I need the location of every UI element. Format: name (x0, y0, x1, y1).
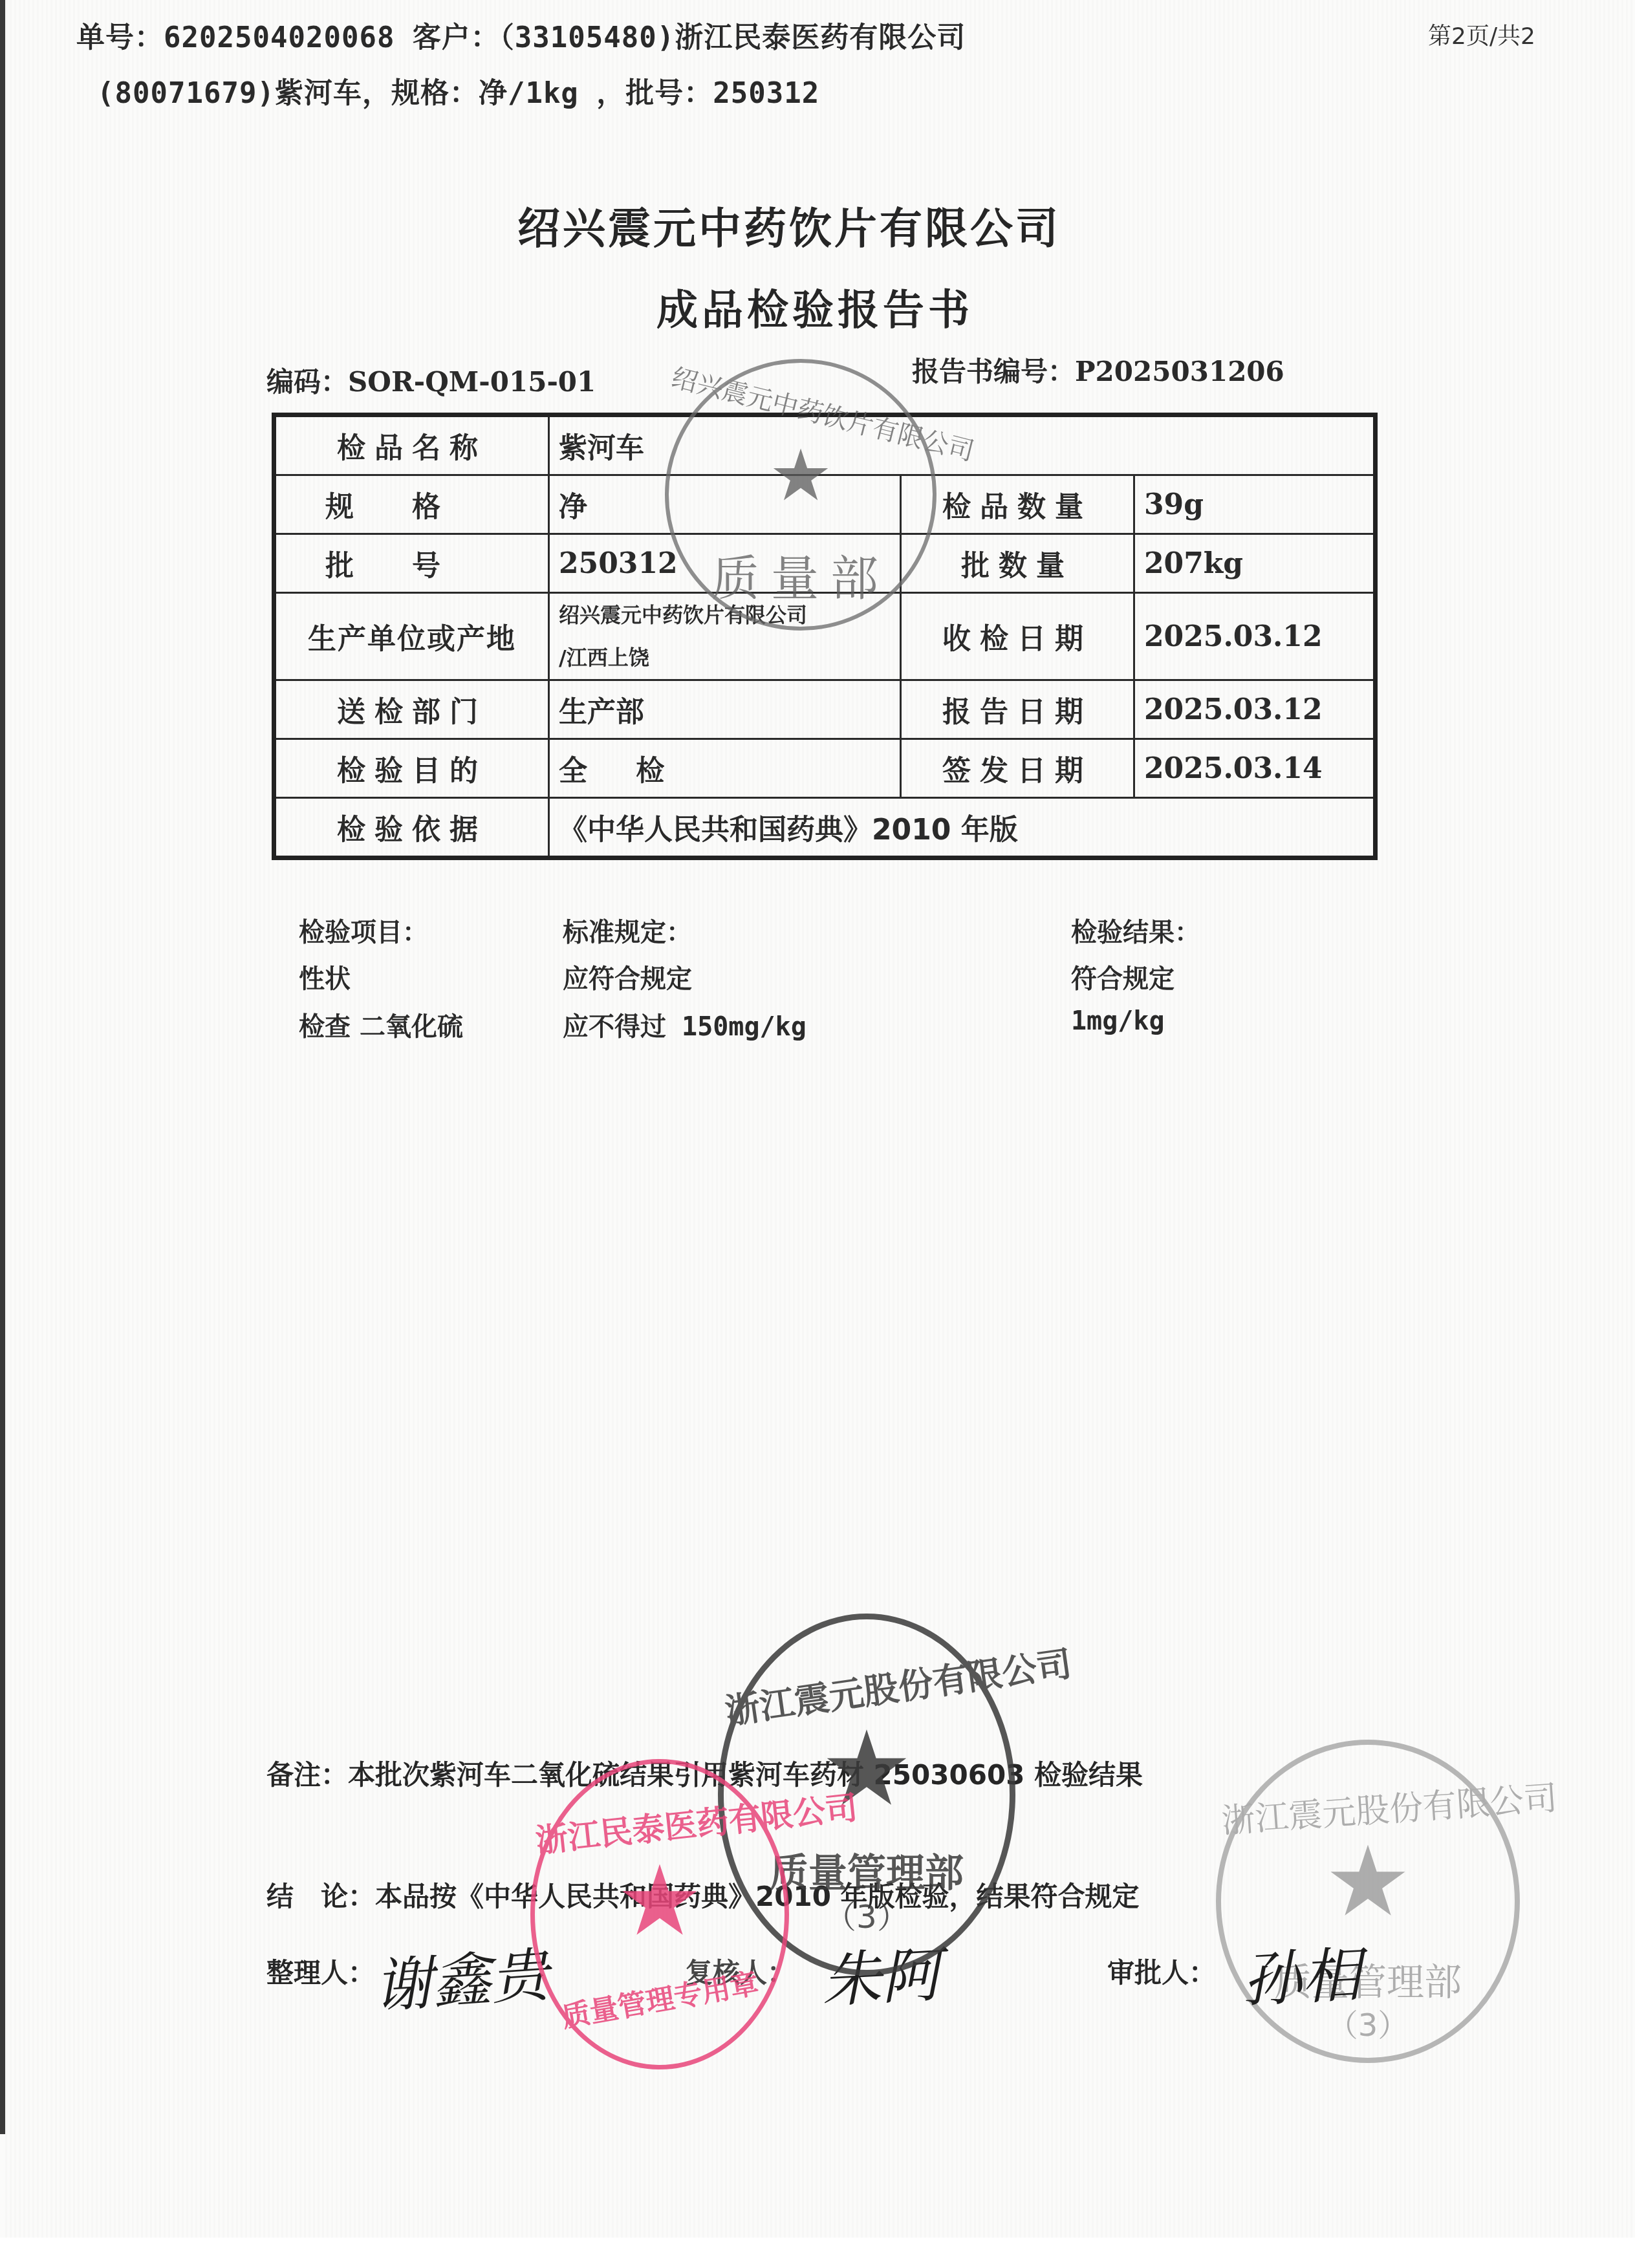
report-date-value: 2025.03.12 (1134, 680, 1376, 739)
table-row: 检验目的 全 检 签发日期 2025.03.14 (274, 739, 1376, 798)
batch-no-label: 批号 (274, 534, 549, 593)
preparer-label: 整理人： (266, 1952, 375, 1991)
purpose-value: 全 检 (549, 739, 901, 798)
test-item-standard: 应不得过 150mg/kg (563, 1006, 807, 1043)
purpose-label: 检验目的 (274, 739, 549, 798)
dept-label: 送检部门 (274, 680, 549, 739)
approver-label: 审批人： (1107, 1952, 1216, 1991)
test-item-standard: 应符合规定 (563, 958, 692, 995)
order-line: 单号：6202504020068 客户：（33105480)浙江民泰医药有限公司 (76, 14, 966, 56)
producer-label: 生产单位或产地 (274, 593, 549, 680)
test-item-name: 检查 二氧化硫 (299, 1006, 463, 1043)
stamp-center-text: 质量管理专用章 (533, 1956, 786, 2040)
received-date-value: 2025.03.12 (1134, 593, 1376, 680)
star-icon: ★ (616, 1853, 703, 1950)
col-item-header: 检验项目： (299, 912, 428, 949)
product-name-label: 检品名称 (274, 415, 549, 475)
star-icon: ★ (769, 440, 833, 511)
report-date-label: 报告日期 (901, 680, 1134, 739)
preparer-signature: 谢鑫贵 (371, 1928, 551, 2024)
issue-date-label: 签发日期 (901, 739, 1134, 798)
col-result-header: 检验结果： (1071, 912, 1200, 949)
test-item-name: 性状 (299, 958, 351, 995)
scan-bottom-margin (0, 2238, 1635, 2268)
product-line: (80071679)紫河车，规格：净/1kg ，批号：250312 (97, 70, 819, 111)
spec-label: 规格 (274, 475, 549, 534)
table-row: 检验依据 《中华人民共和国药典》2010 年版 (274, 798, 1376, 858)
page-indicator: 第2页/共2 (1428, 18, 1535, 51)
company-title: 绍兴震元中药饮片有限公司 (517, 194, 1061, 255)
sample-qty-value: 39g (1134, 475, 1376, 534)
test-item-result: 符合规定 (1071, 958, 1175, 995)
star-icon: ★ (1325, 1833, 1411, 1930)
report-number: 报告书编号：P2025031206 (912, 351, 1284, 389)
approver-signature: 孙相 (1240, 1927, 1363, 2018)
basis-value: 《中华人民共和国药典》2010 年版 (549, 798, 1376, 858)
producer-value-line2: /江西上饶 (559, 636, 891, 679)
stamp-center-text: 质量部 (669, 541, 933, 609)
dept-value: 生产部 (549, 680, 901, 739)
report-title: 成品检验报告书 (656, 277, 973, 336)
form-code: 编码：SOR-QM-015-01 (266, 361, 596, 400)
col-standard-header: 标准规定： (563, 912, 692, 949)
batch-qty-value: 207kg (1134, 534, 1376, 593)
received-date-label: 收检日期 (901, 593, 1134, 680)
qc-dept-stamp: 绍兴震元中药饮片有限公司 ★ 质量部 (665, 359, 937, 631)
basis-label: 检验依据 (274, 798, 549, 858)
scan-edge (0, 0, 5, 2134)
batch-qty-label: 批数量 (901, 534, 1134, 593)
customer-stamp: 浙江民泰医药有限公司 ★ 质量管理专用章 (530, 1759, 789, 2069)
issue-date-value: 2025.03.14 (1134, 739, 1376, 798)
table-row: 送检部门 生产部 报告日期 2025.03.12 (274, 680, 1376, 739)
test-item-result: 1mg/kg (1071, 1006, 1165, 1036)
